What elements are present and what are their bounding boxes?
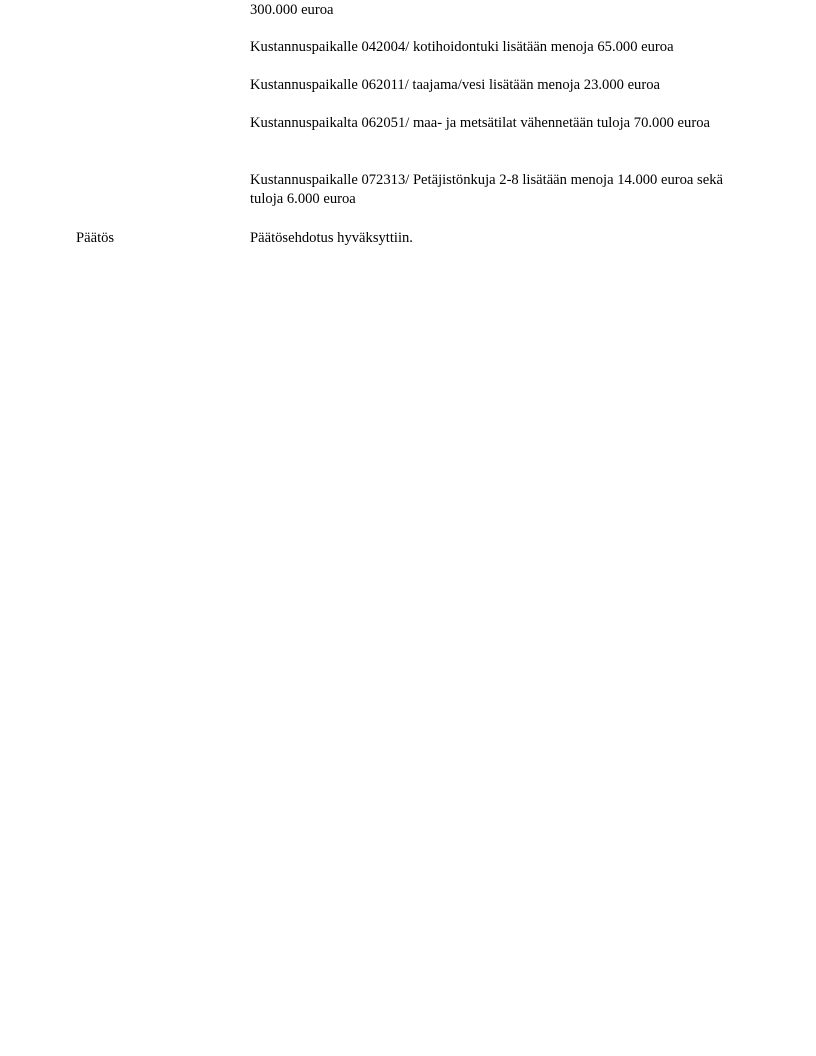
decision-text: Päätösehdotus hyväksyttiin. [250, 229, 750, 248]
continued-amount-line: 300.000 euroa [250, 1, 750, 20]
cost-center-item: Kustannuspaikalta 062051/ maa- ja metsät… [250, 114, 730, 133]
cost-center-item: Kustannuspaikalle 042004/ kotihoidontuki… [250, 38, 750, 57]
document-page: 300.000 euroa Kustannuspaikalle 042004/ … [0, 0, 816, 1056]
decision-label: Päätös [76, 229, 114, 248]
cost-center-item: Kustannuspaikalle 072313/ Petäjistönkuja… [250, 171, 750, 209]
cost-center-item: Kustannuspaikalle 062011/ taajama/vesi l… [250, 76, 750, 95]
